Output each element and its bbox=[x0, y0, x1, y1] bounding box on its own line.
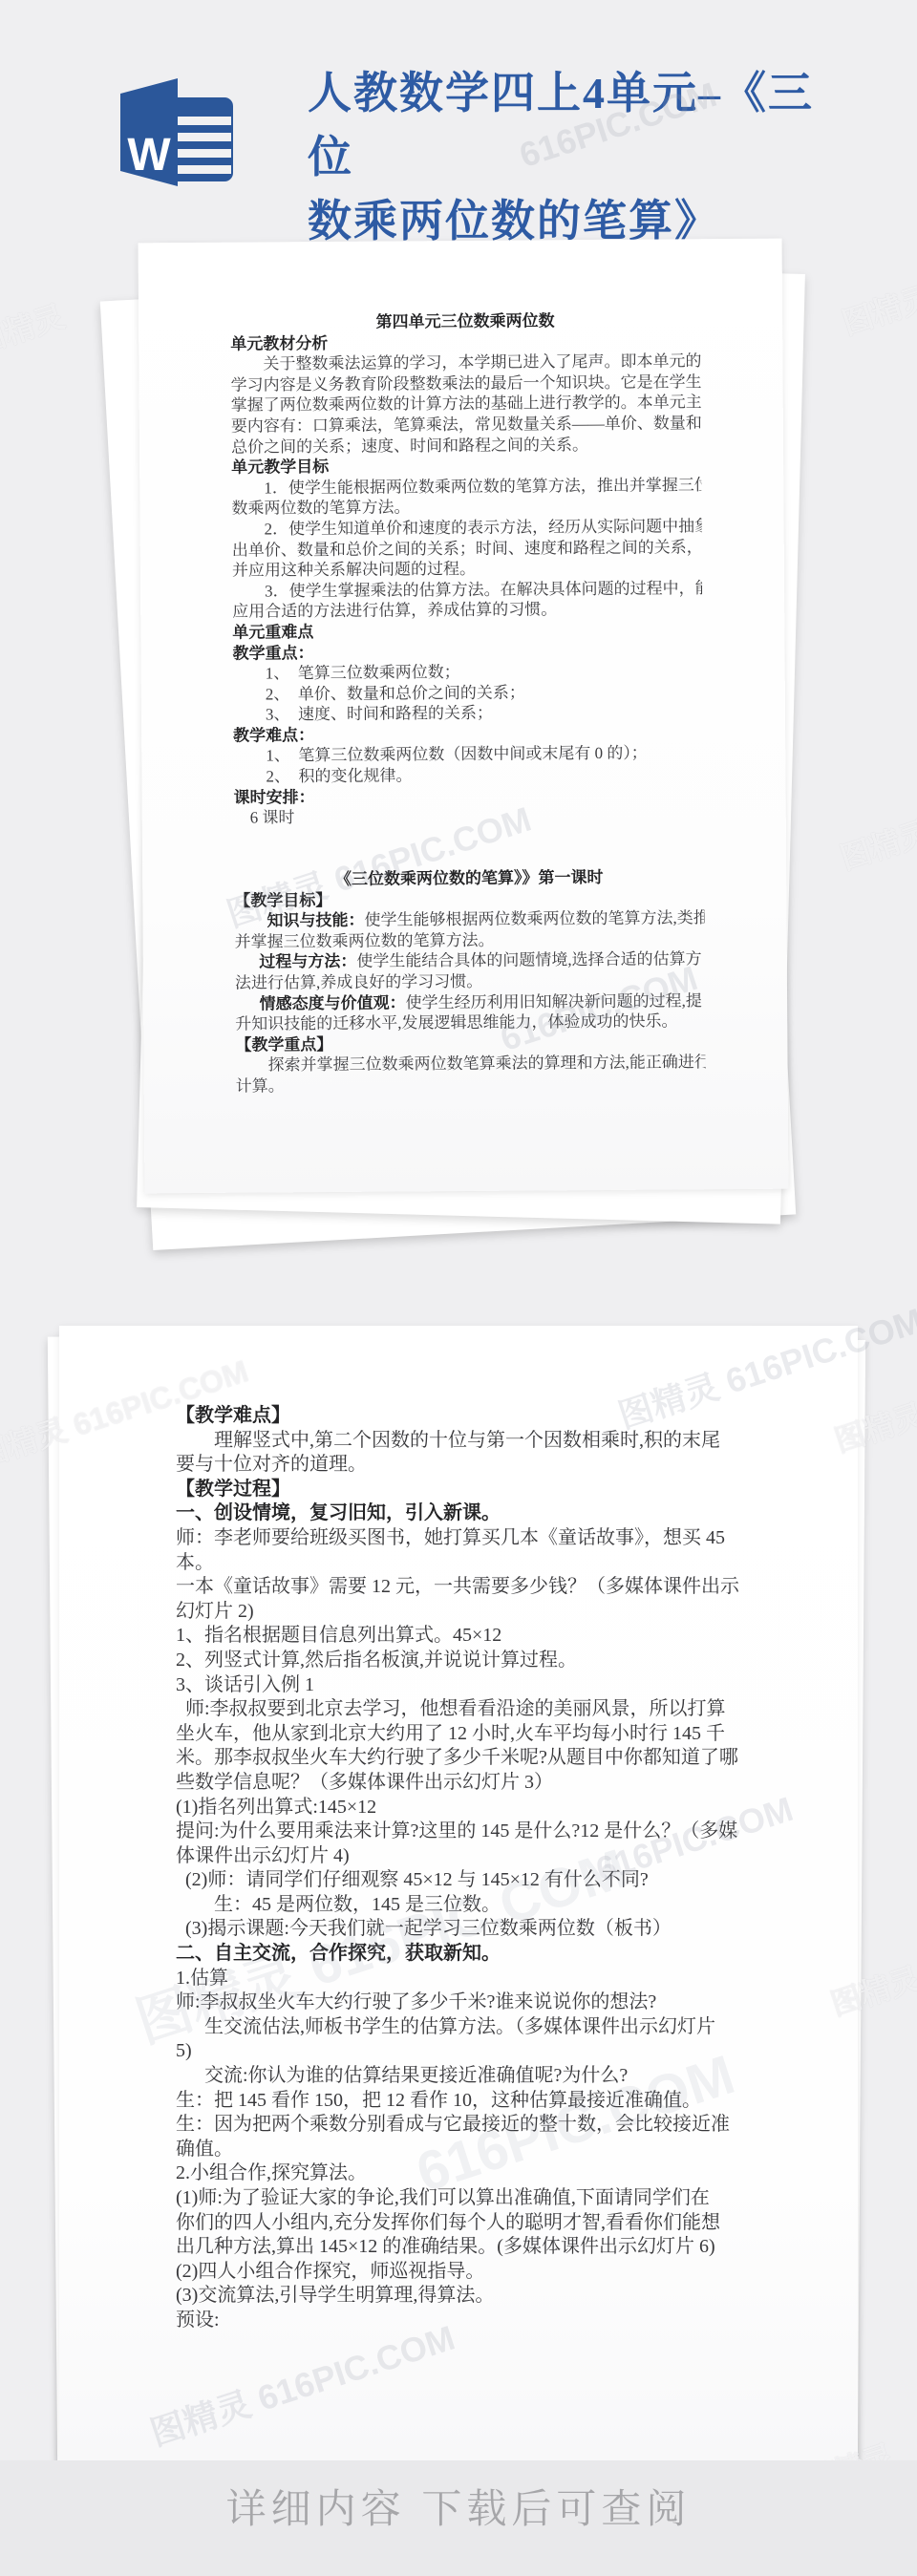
header: W 人教数学四上4单元–《三位 数乘两位数的笔算》 bbox=[0, 0, 917, 239]
doc-line: 计算。 bbox=[236, 1073, 706, 1096]
doc-line: 2.小组合作,探究算法。 bbox=[176, 2161, 758, 2186]
doc-line: 要与十位对齐的道理。 bbox=[176, 1453, 758, 1478]
svg-text:W: W bbox=[127, 130, 171, 181]
doc-line: 1．使学生能根据两位数乘两位数的笔算方法，推出并掌握三位 bbox=[231, 475, 701, 499]
doc-line: 交流:你认为谁的估算结果更接近准确值呢?为什么? bbox=[176, 2064, 758, 2089]
doc-line: (1)指名列出算式:145×12 bbox=[176, 1796, 758, 1820]
doc-line: (3)交流算法,引导学生明算理,得算法。 bbox=[176, 2284, 758, 2309]
doc-line: 理解竖式中,第二个因数的十位与第一个因数相乘时,积的末尾 bbox=[176, 1429, 758, 1454]
watermark-text: 图精灵 bbox=[836, 273, 917, 343]
doc-line: 【教学过程】 bbox=[176, 1478, 758, 1502]
document-page-2: 【教学难点】理解竖式中,第二个因数的十位与第一个因数相乘时,积的末尾要与十位对齐… bbox=[59, 1326, 858, 2460]
page-title-line1: 人教数学四上4单元–《三位 bbox=[308, 61, 823, 189]
doc-line: 二、自主交流，合作探究，获取新知。 bbox=[176, 1942, 758, 1967]
watermark-text: 图精灵 bbox=[834, 808, 917, 878]
doc-line: 师：李老师要给班级买图书，她打算买几本《童话故事》，想买 45 bbox=[176, 1526, 758, 1551]
doc-line: 坐火车，他从家到北京大约用了 12 小时,火车平均每小时行 145 千 bbox=[176, 1722, 758, 1747]
doc-line: 关于整数乘法运算的学习，本学期已进入了尾声。即本单元的 bbox=[230, 351, 700, 374]
doc-line: 1、 笔算三位数乘两位数（因数中间或末尾有 0 的）； bbox=[233, 743, 703, 767]
doc-line: 2、列竖式计算,然后指名板演,并说说计算过程。 bbox=[176, 1649, 758, 1673]
doc-line: 2．使学生知道单价和速度的表示方法，经历从实际问题中抽象 bbox=[232, 516, 702, 540]
doc-line: 生：45 是两位数，145 是三位数。 bbox=[176, 1893, 758, 1918]
doc-line: 1.估算 bbox=[176, 1967, 758, 1991]
doc-line: 出几种方法,算出 145×12 的准确结果。(多媒体课件出示幻灯片 6) bbox=[176, 2235, 758, 2260]
document-preview-stack-1[interactable]: 第四单元三位数乘两位数单元教材分析关于整数乘法运算的学习，本学期已进入了尾声。即… bbox=[141, 241, 785, 1191]
doc-line: 出单价、数量和总价之间的关系；时间、速度和路程之间的关系， bbox=[232, 537, 702, 561]
doc-line: 师:李叔叔坐火车大约行驶了多少千米?谁来说说你的想法? bbox=[176, 1991, 758, 2015]
doc-line: 生：把 145 看作 150，把 12 看作 10，这种估算最接近准确值。 bbox=[176, 2089, 758, 2114]
page-title: 人教数学四上4单元–《三位 数乘两位数的笔算》 bbox=[308, 61, 823, 253]
doc-line: 师:李叔叔要到北京去学习，他想看看沿途的美丽风景，所以打算 bbox=[176, 1697, 758, 1722]
doc-line: 过程与方法：使学生能结合具体的问题情境,选择合适的估算方 bbox=[235, 949, 705, 973]
doc-line: (2)师：请同学们仔细观察 45×12 与 145×12 有什么不同? bbox=[176, 1868, 758, 1893]
document-page-1: 第四单元三位数乘两位数单元教材分析关于整数乘法运算的学习，本学期已进入了尾声。即… bbox=[139, 239, 789, 1194]
doc-line: 预设: bbox=[176, 2309, 758, 2333]
doc-line: 些数学信息呢？（多媒体课件出示幻灯片 3） bbox=[176, 1771, 758, 1796]
doc-line: 提问:为什么要用乘法来计算?这里的 145 是什么?12 是什么？（多媒 bbox=[176, 1820, 758, 1844]
doc-line: (2)四人小组合作探究，师巡视指导。 bbox=[176, 2260, 758, 2285]
document-page-2-text: 【教学难点】理解竖式中,第二个因数的十位与第一个因数相乘时,积的末尾要与十位对齐… bbox=[176, 1404, 758, 2460]
doc-line: 升知识技能的迁移水平,发展逻辑思维能力，体验成功的快乐。 bbox=[235, 1011, 705, 1034]
watermark-text: 图精灵 bbox=[0, 292, 70, 362]
doc-line: 要内容有：口算乘法，笔算乘法，常见数量关系——单价、数量和 bbox=[231, 413, 701, 436]
document-page-1-text: 第四单元三位数乘两位数单元教材分析关于整数乘法运算的学习，本学期已进入了尾声。即… bbox=[230, 309, 706, 1192]
doc-line: 确值。 bbox=[176, 2138, 758, 2162]
document-preview-sheet-2[interactable]: 【教学难点】理解竖式中,第二个因数的十位与第一个因数相乘时,积的末尾要与十位对齐… bbox=[59, 1326, 858, 2460]
doc-line: 探索并掌握三位数乘两位数笔算乘法的算理和方法,能正确进行 bbox=[235, 1053, 705, 1076]
doc-line: 3．使学生掌握乘法的估算方法。在解决具体问题的过程中，能 bbox=[232, 578, 702, 602]
doc-line: 生交流估法,师板书学生的估算方法。（多媒体课件出示幻灯片 bbox=[176, 2015, 758, 2040]
doc-line: 幻灯片 2) bbox=[176, 1600, 758, 1625]
word-icon: W bbox=[115, 76, 241, 189]
document-preview-page: { "header": { "title_line1": "人教数学四上4单元–… bbox=[0, 0, 917, 2576]
doc-line: 本。 bbox=[176, 1551, 758, 1576]
doc-line: 你们的四人小组内,充分发挥你们每个人的聪明才智,看看你们能想 bbox=[176, 2211, 758, 2236]
doc-line: (3)揭示课题:今天我们就一起学习三位数乘两位数（板书） bbox=[176, 1917, 758, 1942]
doc-line: 【教学难点】 bbox=[176, 1404, 758, 1429]
doc-line: 知识与技能：使学生能够根据两位数乘两位数的笔算方法,类推 bbox=[234, 907, 704, 931]
doc-line: 一本《童话故事》需要 12 元，一共需要多少钱？（多媒体课件出示 bbox=[176, 1575, 758, 1600]
doc-line: (1)师:为了验证大家的争论,我们可以算出准确值,下面请同学们在 bbox=[176, 2186, 758, 2211]
doc-line: 体课件出示幻灯片 4) bbox=[176, 1844, 758, 1869]
doc-line: 1、指名根据题目信息列出算式。45×12 bbox=[176, 1624, 758, 1649]
doc-line: 生：因为把两个乘数分别看成与它最接近的整十数，会比较接近准 bbox=[176, 2113, 758, 2138]
footer-note: 详细内容 下载后可查阅 bbox=[0, 2478, 917, 2535]
doc-line: 3、谈话引入例 1 bbox=[176, 1673, 758, 1698]
doc-line: 米。那李叔叔坐火车大约行驶了多少千米呢?从题目中你都知道了哪 bbox=[176, 1746, 758, 1771]
doc-line: 5) bbox=[176, 2039, 758, 2064]
doc-line: 一、创设情境，复习旧知，引入新课。 bbox=[176, 1501, 758, 1526]
